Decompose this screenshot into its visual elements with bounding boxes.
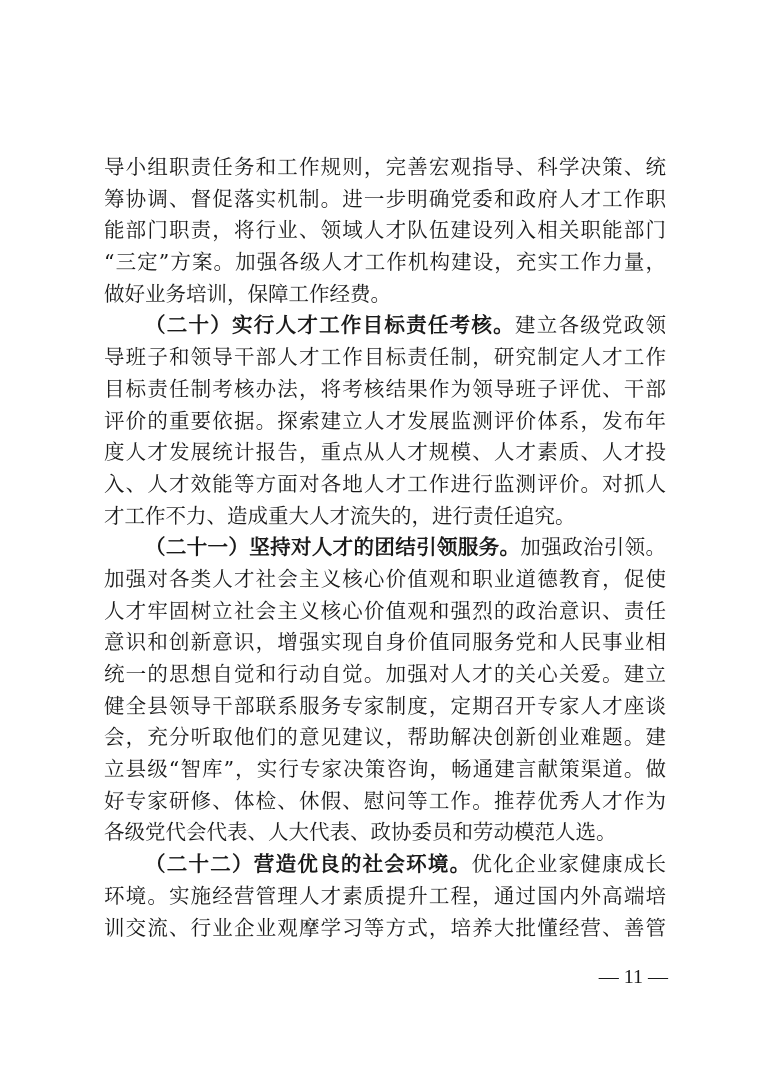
text-line: 导小组职责任务和工作规则，完善宏观指导、科学决策、统 <box>104 152 666 184</box>
text-line: 才工作不力、造成重大人才流失的，进行责任追究。 <box>104 501 666 533</box>
text-line: 能部门职责，将行业、领域人才队伍建设列入相关职能部门 <box>104 215 666 247</box>
text-run: 优化企业家健康成长 <box>471 852 666 876</box>
text-line: 目标责任制考核办法，将考核结果作为领导班子评优、干部 <box>104 374 666 406</box>
text-line: 各级党代会代表、人大代表、政协委员和劳动模范人选。 <box>104 817 666 849</box>
text-line: 统一的思想自觉和行动自觉。加强对人才的关心关爱。建立 <box>104 659 666 691</box>
page-number: — 11 — <box>598 966 668 989</box>
section-heading: （二十一）坚持对人才的团结引领服务。 <box>145 535 520 559</box>
text-line: 环境。实施经营管理人才素质提升工程，通过国内外高端培 <box>104 881 666 913</box>
paragraph-section-22: （二十二）营造优良的社会环境。优化企业家健康成长 环境。实施经营管理人才素质提升… <box>104 849 666 944</box>
text-line: 入、人才效能等方面对各地人才工作进行监测评价。对抓人 <box>104 469 666 501</box>
text-line: 度人才发展统计报告，重点从人才规模、人才素质、人才投 <box>104 437 666 469</box>
text-line: 加强对各类人才社会主义核心价值观和职业道德教育，促使 <box>104 564 666 596</box>
text-run: 加强政治引领。 <box>520 535 666 559</box>
text-line: 做好业务培训，保障工作经费。 <box>104 279 666 311</box>
text-line: “三定”方案。加强各级人才工作机构建设，充实工作力量， <box>104 247 666 279</box>
text-line: 立县级“智库”，实行专家决策咨询，畅通建言献策渠道。做 <box>104 754 666 786</box>
text-line: （二十一）坚持对人才的团结引领服务。加强政治引领。 <box>104 532 666 564</box>
text-line: 意识和创新意识，增强实现自身价值同服务党和人民事业相 <box>104 627 666 659</box>
text-line: 训交流、行业企业观摩学习等方式，培养大批懂经营、善管 <box>104 913 666 945</box>
text-line: 导班子和领导干部人才工作目标责任制，研究制定人才工作 <box>104 342 666 374</box>
text-run: 建立各级党政领 <box>515 313 666 337</box>
text-line: 筹协调、督促落实机制。进一步明确党委和政府人才工作职 <box>104 184 666 216</box>
text-line: （二十）实行人才工作目标责任考核。建立各级党政领 <box>104 310 666 342</box>
paragraph-continued: 导小组职责任务和工作规则，完善宏观指导、科学决策、统 筹协调、督促落实机制。进一… <box>104 152 666 310</box>
text-line: 健全县领导干部联系服务专家制度，定期召开专家人才座谈 <box>104 691 666 723</box>
text-line: 会，充分听取他们的意见建议，帮助解决创新创业难题。建 <box>104 722 666 754</box>
text-line: （二十二）营造优良的社会环境。优化企业家健康成长 <box>104 849 666 881</box>
text-line: 好专家研修、体检、休假、慰问等工作。推荐优秀人才作为 <box>104 786 666 818</box>
paragraph-section-21: （二十一）坚持对人才的团结引领服务。加强政治引领。 加强对各类人才社会主义核心价… <box>104 532 666 849</box>
document-body: 导小组职责任务和工作规则，完善宏观指导、科学决策、统 筹协调、督促落实机制。进一… <box>104 152 666 944</box>
paragraph-section-20: （二十）实行人才工作目标责任考核。建立各级党政领 导班子和领导干部人才工作目标责… <box>104 310 666 532</box>
text-line: 人才牢固树立社会主义核心价值观和强烈的政治意识、责任 <box>104 596 666 628</box>
section-heading: （二十二）营造优良的社会环境。 <box>145 852 471 876</box>
text-line: 评价的重要依据。探索建立人才发展监测评价体系，发布年 <box>104 406 666 438</box>
section-heading: （二十）实行人才工作目标责任考核。 <box>145 313 515 337</box>
document-page: 导小组职责任务和工作规则，完善宏观指导、科学决策、统 筹协调、督促落实机制。进一… <box>0 0 761 1071</box>
